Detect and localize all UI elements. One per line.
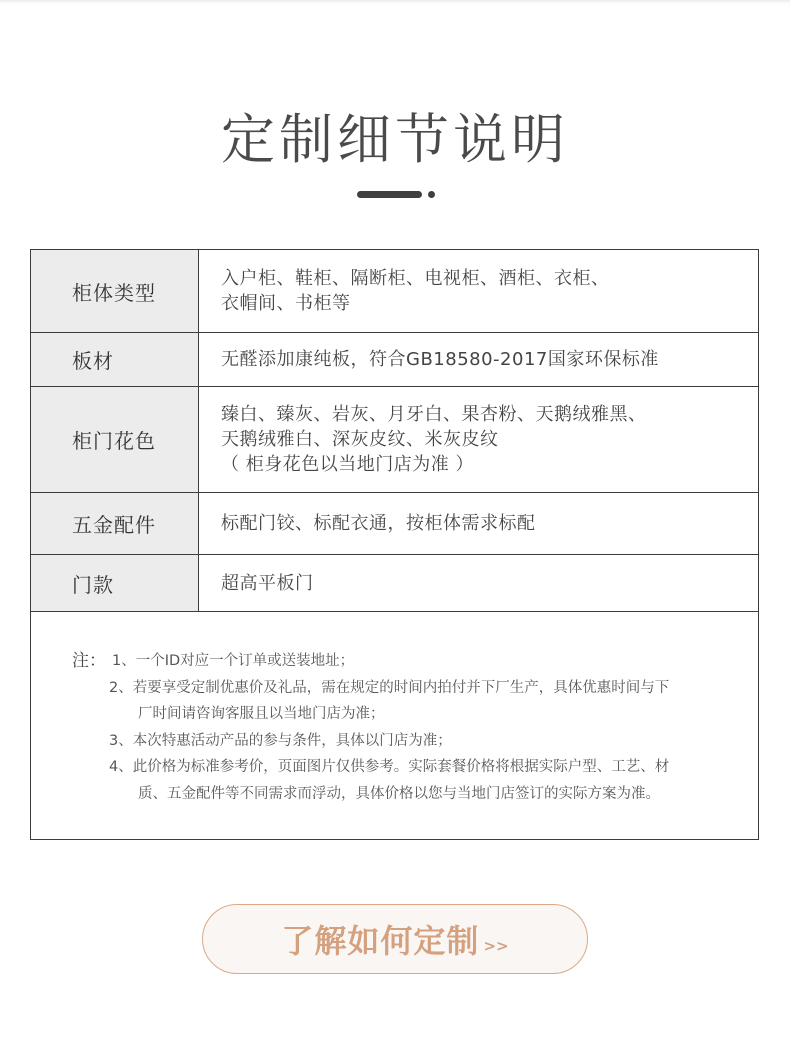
row-label: 板材 — [31, 333, 199, 386]
row-label: 门款 — [31, 555, 199, 611]
cta-label: 了解如何定制 — [281, 916, 479, 962]
note-item-2: 2、若要享受定制优惠价及礼品，需在规定的时间内拍付并下厂生产，具体优惠时间与下 — [31, 675, 758, 702]
row-label: 柜门花色 — [31, 387, 199, 492]
note-item-3: 3、本次特惠活动产品的参与条件，具体以门店为准； — [31, 728, 758, 755]
value-line: 无醛添加康纯板，符合GB18580-2017国家环保标准 — [221, 347, 758, 372]
row-value: 臻白、臻灰、岩灰、月牙白、果杏粉、天鹅绒雅黑、 天鹅绒雅白、深灰皮纹、米灰皮纹 … — [199, 387, 758, 492]
value-line: 超高平板门 — [221, 571, 758, 596]
row-value: 标配门铰、标配衣通，按柜体需求标配 — [199, 493, 758, 554]
notes-section: 注： 1、一个ID对应一个订单或送装地址； 2、若要享受定制优惠价及礼品，需在规… — [31, 612, 758, 807]
note-item-4-continued: 质、五金配件等不同需求而浮动，具体价格以您与当地门店签订的实际方案为准。 — [31, 781, 758, 808]
table-row-hardware: 五金配件 标配门铰、标配衣通，按柜体需求标配 — [31, 493, 758, 555]
note-item-2-continued: 厂时间请咨询客服且以当地门店为准； — [31, 701, 758, 728]
table-row-board-material: 板材 无醛添加康纯板，符合GB18580-2017国家环保标准 — [31, 333, 758, 387]
note-item-4: 4、此价格为标准参考价，页面图片仅供参考。实际套餐价格将根据实际户型、工艺、材 — [31, 754, 758, 781]
value-line: 衣帽间、书柜等 — [221, 291, 758, 316]
top-edge-fade — [0, 0, 790, 4]
value-line: 入户柜、鞋柜、隔断柜、电视柜、酒柜、衣柜、 — [221, 266, 758, 291]
row-label: 柜体类型 — [31, 250, 199, 332]
value-line: 天鹅绒雅白、深灰皮纹、米灰皮纹 — [221, 427, 758, 452]
row-value: 超高平板门 — [199, 555, 758, 611]
title-underline-dot — [428, 191, 435, 198]
table-row-cabinet-type: 柜体类型 入户柜、鞋柜、隔断柜、电视柜、酒柜、衣柜、 衣帽间、书柜等 — [31, 250, 758, 333]
row-value: 入户柜、鞋柜、隔断柜、电视柜、酒柜、衣柜、 衣帽间、书柜等 — [199, 250, 758, 332]
double-chevron-right-icon: >> — [483, 937, 508, 955]
page-title: 定制细节说明 — [0, 100, 790, 180]
table-row-door-style: 门款 超高平板门 — [31, 555, 758, 612]
row-label: 五金配件 — [31, 493, 199, 554]
table-row-door-color: 柜门花色 臻白、臻灰、岩灰、月牙白、果杏粉、天鹅绒雅黑、 天鹅绒雅白、深灰皮纹、… — [31, 387, 758, 493]
value-line: 标配门铰、标配衣通，按柜体需求标配 — [221, 511, 758, 536]
title-underline-bar — [357, 191, 422, 198]
value-line: 臻白、臻灰、岩灰、月牙白、果杏粉、天鹅绒雅黑、 — [221, 402, 758, 427]
learn-customization-button[interactable]: 了解如何定制 >> — [202, 904, 588, 974]
value-line: （ 柜身花色以当地门店为准 ） — [221, 452, 758, 477]
row-value: 无醛添加康纯板，符合GB18580-2017国家环保标准 — [199, 333, 758, 386]
spec-table: 柜体类型 入户柜、鞋柜、隔断柜、电视柜、酒柜、衣柜、 衣帽间、书柜等 板材 无醛… — [30, 249, 759, 840]
note-item-1: 1、一个ID对应一个订单或送装地址； — [31, 648, 758, 675]
